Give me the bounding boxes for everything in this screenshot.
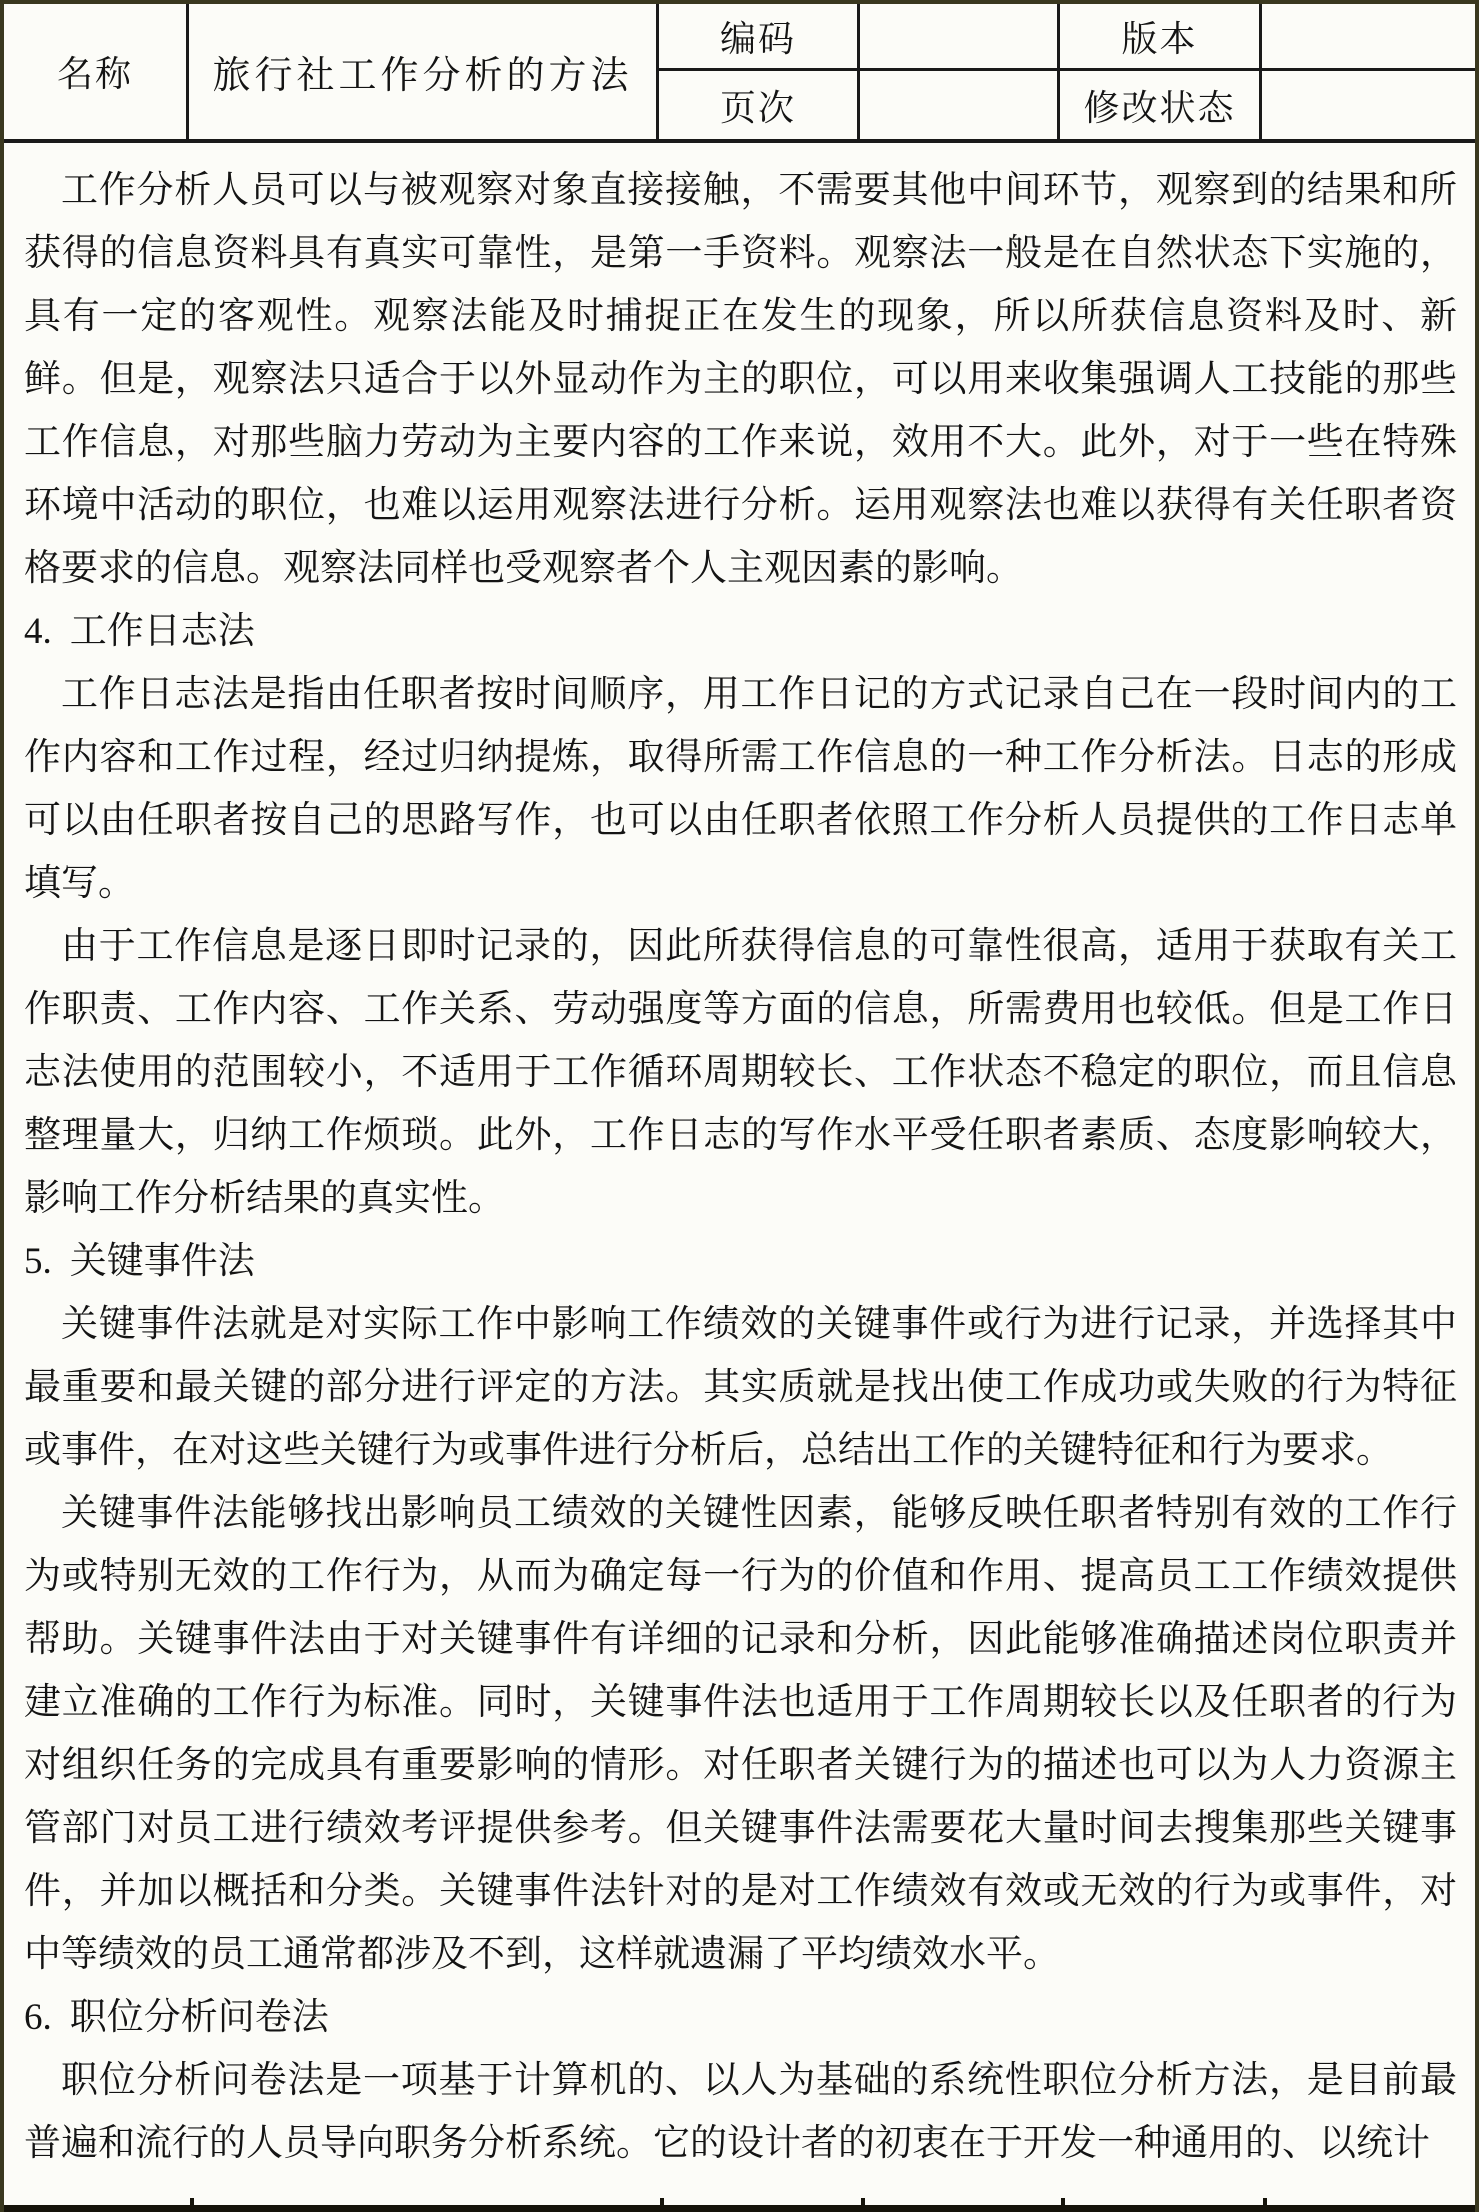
table-column-tick (861, 2198, 865, 2207)
section-heading: 6.职位分析问卷法 (24, 1986, 1457, 2049)
section-heading: 4.工作日志法 (24, 600, 1457, 663)
revision-status-label: 修改状态 (1060, 71, 1259, 139)
body-paragraph: 关键事件法能够找出影响员工绩效的关键性因素，能够反映任职者特别有效的工作行为或特… (24, 1482, 1457, 1986)
version-value-cell (1262, 4, 1475, 68)
document-title: 旅行社工作分析的方法 (189, 4, 656, 139)
page-number-value-cell (860, 71, 1057, 139)
section-title: 工作日志法 (70, 611, 255, 652)
body-paragraph: 工作分析人员可以与被观察对象直接接触，不需要其他中间环节，观察到的结果和所获得的… (24, 159, 1457, 600)
table-column-tick (190, 2198, 194, 2207)
next-page-table-edge (4, 2205, 1475, 2212)
section-heading: 5.关键事件法 (24, 1230, 1457, 1293)
code-value-cell (860, 4, 1057, 68)
body-paragraph: 关键事件法就是对实际工作中影响工作绩效的关键事件或行为进行记录，并选择其中最重要… (24, 1293, 1457, 1482)
table-column-tick (1263, 2198, 1267, 2207)
revision-status-value-cell (1262, 71, 1475, 139)
table-column-tick (1061, 2198, 1065, 2207)
section-number: 6. (24, 1986, 52, 2049)
body-paragraph: 工作日志法是指由任职者按时间顺序，用工作日记的方式记录自己在一段时间内的工作内容… (24, 663, 1457, 915)
section-title: 关键事件法 (70, 1241, 255, 1282)
body-content: 工作分析人员可以与被观察对象直接接触，不需要其他中间环节，观察到的结果和所获得的… (4, 143, 1475, 2175)
section-title: 职位分析问卷法 (70, 1997, 329, 2038)
table-column-tick (660, 2198, 664, 2207)
code-label: 编码 (659, 4, 857, 68)
section-number: 4. (24, 600, 52, 663)
name-label: 名称 (4, 4, 186, 139)
body-paragraph: 职位分析问卷法是一项基于计算机的、以人为基础的系统性职位分析方法，是目前最普遍和… (24, 2049, 1457, 2175)
header-table: 名称 旅行社工作分析的方法 编码 版本 页次 修改状态 (4, 4, 1475, 143)
document-page: 名称 旅行社工作分析的方法 编码 版本 页次 修改状态 工作分析人员可以与被观察… (0, 0, 1479, 2212)
version-label: 版本 (1060, 4, 1259, 68)
body-paragraph: 由于工作信息是逐日即时记录的，因此所获得信息的可靠性很高，适用于获取有关工作职责… (24, 915, 1457, 1230)
page-number-label: 页次 (659, 71, 857, 139)
section-number: 5. (24, 1230, 52, 1293)
